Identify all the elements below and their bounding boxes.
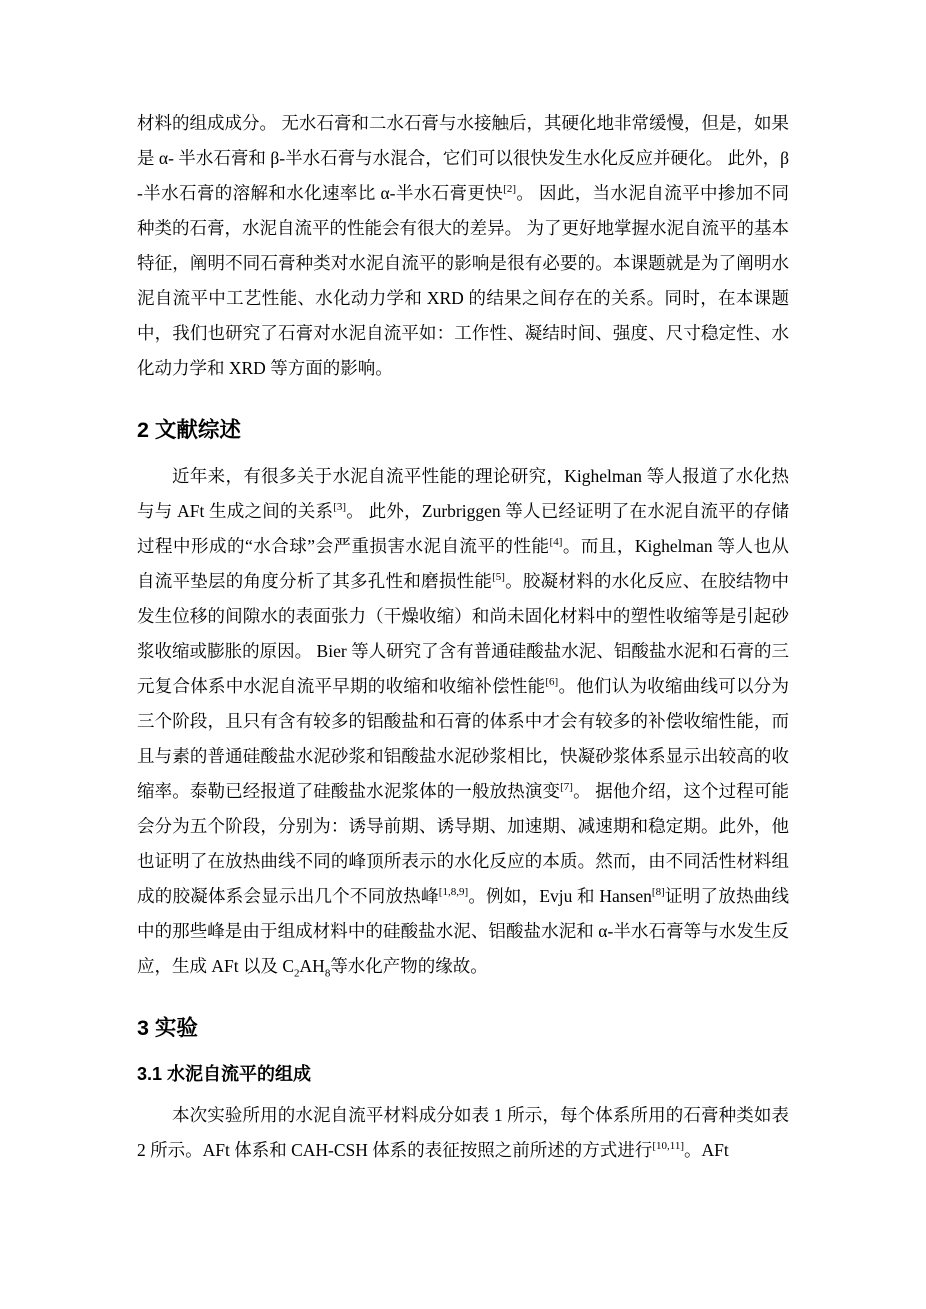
citation-superscript: [3] (333, 501, 346, 513)
paragraph-literature: 近年来，有很多关于水泥自流平性能的理论研究，Kighelman 等人报道了水化热… (137, 459, 789, 984)
body-text: 。AFt (684, 1140, 729, 1160)
body-text: 。例如，Evju 和 Hansen (468, 886, 652, 906)
paragraph-composition: 本次实验所用的水泥自流平材料成分如表 1 所示，每个体系所用的石膏种类如表 2 … (137, 1098, 789, 1168)
citation-superscript: [7] (560, 781, 573, 793)
body-text: AH (300, 956, 325, 976)
citation-superscript: [6] (545, 676, 558, 688)
citation-superscript: [10,11] (652, 1140, 684, 1152)
citation-superscript: [4] (550, 536, 563, 548)
citation-superscript: [2] (503, 183, 516, 195)
paragraph-intro: 材料的组成成分。 无水石膏和二水石膏与水接触后，其硬化地非常缓慢，但是，如果是 … (137, 106, 789, 386)
subsection-heading-composition: 3.1 水泥自流平的组成 (137, 1057, 789, 1092)
citation-superscript: [5] (492, 571, 505, 583)
body-text: 。 因此，当水泥自流平中掺加不同种类的石膏，水泥自流平的性能会有很大的差异。 为… (137, 183, 789, 378)
citation-superscript: [8] (652, 886, 665, 898)
document-body: { "page": { "background_color": "#ffffff… (0, 0, 926, 1309)
section-heading-literature: 2 文献综述 (137, 411, 789, 449)
section-heading-experiment: 3 实验 (137, 1009, 789, 1047)
citation-superscript: [1,8,9] (439, 886, 468, 898)
document-page: 材料的组成成分。 无水石膏和二水石膏与水接触后，其硬化地非常缓慢，但是，如果是 … (0, 0, 926, 1309)
body-text: 等水化产物的缘故。 (330, 956, 488, 976)
